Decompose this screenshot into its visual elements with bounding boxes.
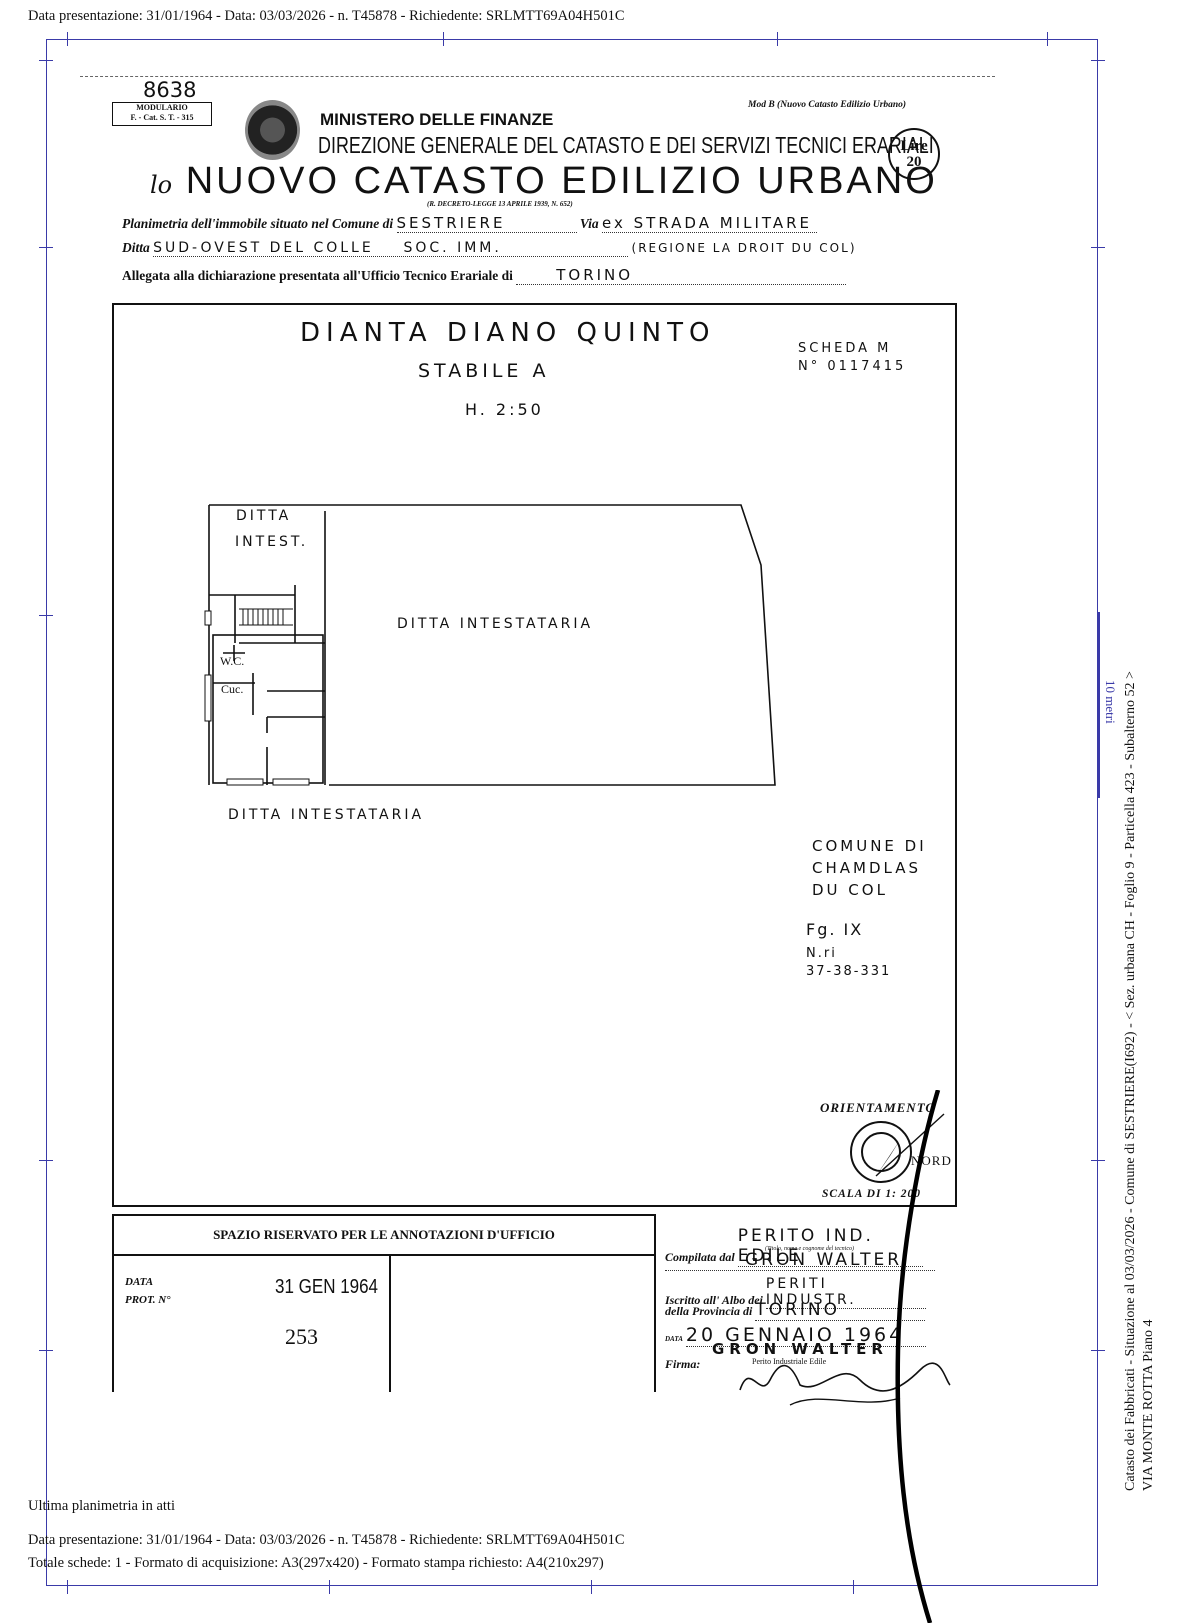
footer-info-line: Data presentazione: 31/01/1964 - Data: 0… <box>28 1532 625 1549</box>
emblem-icon <box>245 100 300 160</box>
directorate: DIREZIONE GENERALE DEL CATASTO E DEI SER… <box>318 132 934 159</box>
annotations-heading: SPAZIO RISERVATO PER LE ANNOTAZIONI D'UF… <box>112 1214 656 1256</box>
modulario-label: MODULARIO <box>113 103 211 113</box>
protocol-number: 253 <box>285 1324 318 1350</box>
foglio-block: Fg. IX N.ri 37-38-331 <box>806 918 891 984</box>
title-prefix: lo <box>150 171 172 199</box>
ufficio-label: Allegata alla dichiarazione presentata a… <box>122 268 513 283</box>
row-comune: Planimetria dell'immobile situato nel Co… <box>122 214 817 233</box>
scale-bar <box>1098 612 1100 798</box>
foglio-label: Fg. IX <box>806 918 891 942</box>
modulario-box: MODULARIO F. - Cat. S. T. - 315 <box>112 102 212 126</box>
prot-label: PROT. N° <box>125 1291 171 1309</box>
room-ditta-intestataria-main: DITTA INTESTATARIA <box>397 616 593 632</box>
title-text: NUOVO CATASTO EDILIZIO URBANO <box>186 160 938 202</box>
stamp-price-label: Lire <box>890 138 938 154</box>
annotations-divider <box>389 1256 391 1392</box>
ditta-label: Ditta <box>122 240 150 255</box>
room-ditta-intest-2: INTEST. <box>235 534 308 550</box>
data-label: DATA <box>125 1273 171 1291</box>
annotation-labels: DATA PROT. N° <box>125 1273 171 1309</box>
scheda-line: SCHEDA M <box>798 340 906 358</box>
building-label: STABILE A <box>418 360 549 382</box>
signature-label: Firma: <box>665 1357 700 1372</box>
side-address-line: VIA MONTE ROTTA Piano 4 <box>1141 1319 1157 1491</box>
compiler-date-label: DATA <box>665 1335 683 1343</box>
scheda-info: SCHEDA M N° 0117415 <box>798 340 906 376</box>
header-info-line: Data presentazione: 31/01/1964 - Data: 0… <box>28 8 625 25</box>
comune-label: Planimetria dell'immobile situato nel Co… <box>122 216 393 231</box>
ministry-name: MINISTERO DELLE FINANZE <box>320 110 553 130</box>
pen-stroke <box>880 1090 950 1623</box>
row-ufficio: Allegata alla dichiarazione presentata a… <box>122 266 846 285</box>
footer-format-line: Totale schede: 1 - Formato di acquisizio… <box>28 1555 604 1572</box>
scale-bar-label: 10 metri <box>1102 680 1118 724</box>
form-number: 8638 <box>143 78 196 102</box>
form-title: lo NUOVO CATASTO EDILIZIO URBANO <box>150 160 938 203</box>
province-label: della Provincia di <box>665 1304 752 1318</box>
comune-line: CHAMDLAS <box>812 857 927 879</box>
room-ditta-intestataria-bottom: DITTA INTESTATARIA <box>228 807 424 823</box>
numeri-value: 37-38-331 <box>806 960 891 984</box>
region-value: (REGIONE LA DROIT DU COL) <box>632 241 857 255</box>
room-cucina: Cuc. <box>221 682 243 697</box>
ditta-value: SUD-OVEST DEL COLLE SOC. IMM. <box>153 240 628 257</box>
scan-edge <box>80 76 995 77</box>
comune-line: DU COL <box>812 879 927 901</box>
height-label: H. 2:50 <box>465 400 544 419</box>
stamp-date: 31 GEN 1964 <box>275 1276 378 1299</box>
side-info-line: Catasto dei Fabbricati - Situazione al 0… <box>1123 671 1139 1491</box>
comune-value: SESTRIERE <box>397 214 577 233</box>
last-plan-note: Ultima planimetria in atti <box>28 1498 175 1515</box>
room-wc: W.C. <box>220 654 244 669</box>
ufficio-value: TORINO <box>516 266 846 285</box>
row-ditta: Ditta SUD-OVEST DEL COLLE SOC. IMM. (REG… <box>122 240 857 257</box>
scheda-number: N° 0117415 <box>798 358 906 376</box>
via-label: Via <box>580 216 599 231</box>
via-value: ex STRADA MILITARE <box>602 214 817 233</box>
mod-label: Mod B (Nuovo Catasto Edilizio Urbano) <box>748 100 906 110</box>
modulario-code: F. - Cat. S. T. - 315 <box>113 113 211 123</box>
plan-title: DIANTA DIANO QUINTO <box>300 318 715 348</box>
comune-block: COMUNE DI CHAMDLAS DU COL <box>812 835 927 901</box>
decree: (R. DECRETO-LEGGE 13 APRILE 1939, N. 652… <box>427 200 573 208</box>
comune-line: COMUNE DI <box>812 835 927 857</box>
room-ditta-intest-1: DITTA <box>236 508 291 524</box>
